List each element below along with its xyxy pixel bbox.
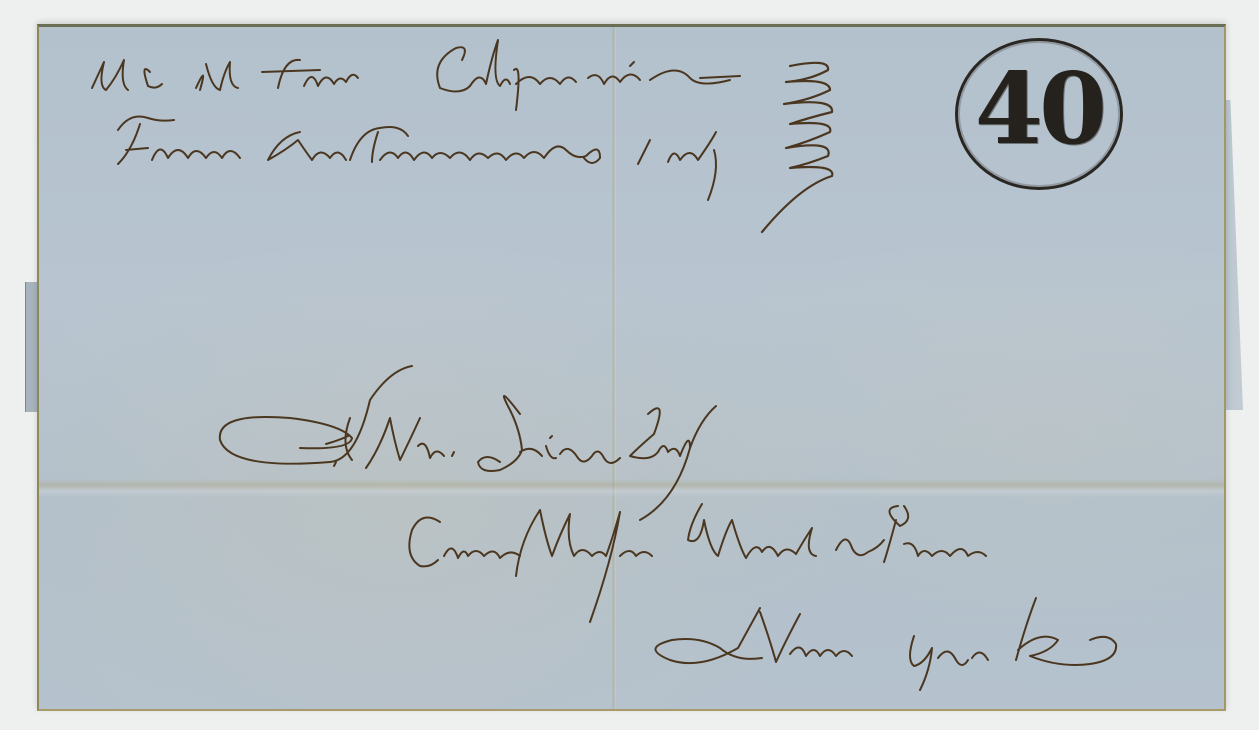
- docket-line-2-script: [118, 117, 716, 201]
- address-line-2-script: [409, 504, 986, 622]
- address-line-1-script: [220, 366, 716, 520]
- rate-handstamp: 40: [955, 38, 1123, 190]
- handstamp-rate: 40: [955, 60, 1123, 160]
- address-line-3-script: [655, 598, 1116, 690]
- zigzag-flourish: [762, 63, 832, 232]
- docket-line-1-script: [92, 40, 740, 110]
